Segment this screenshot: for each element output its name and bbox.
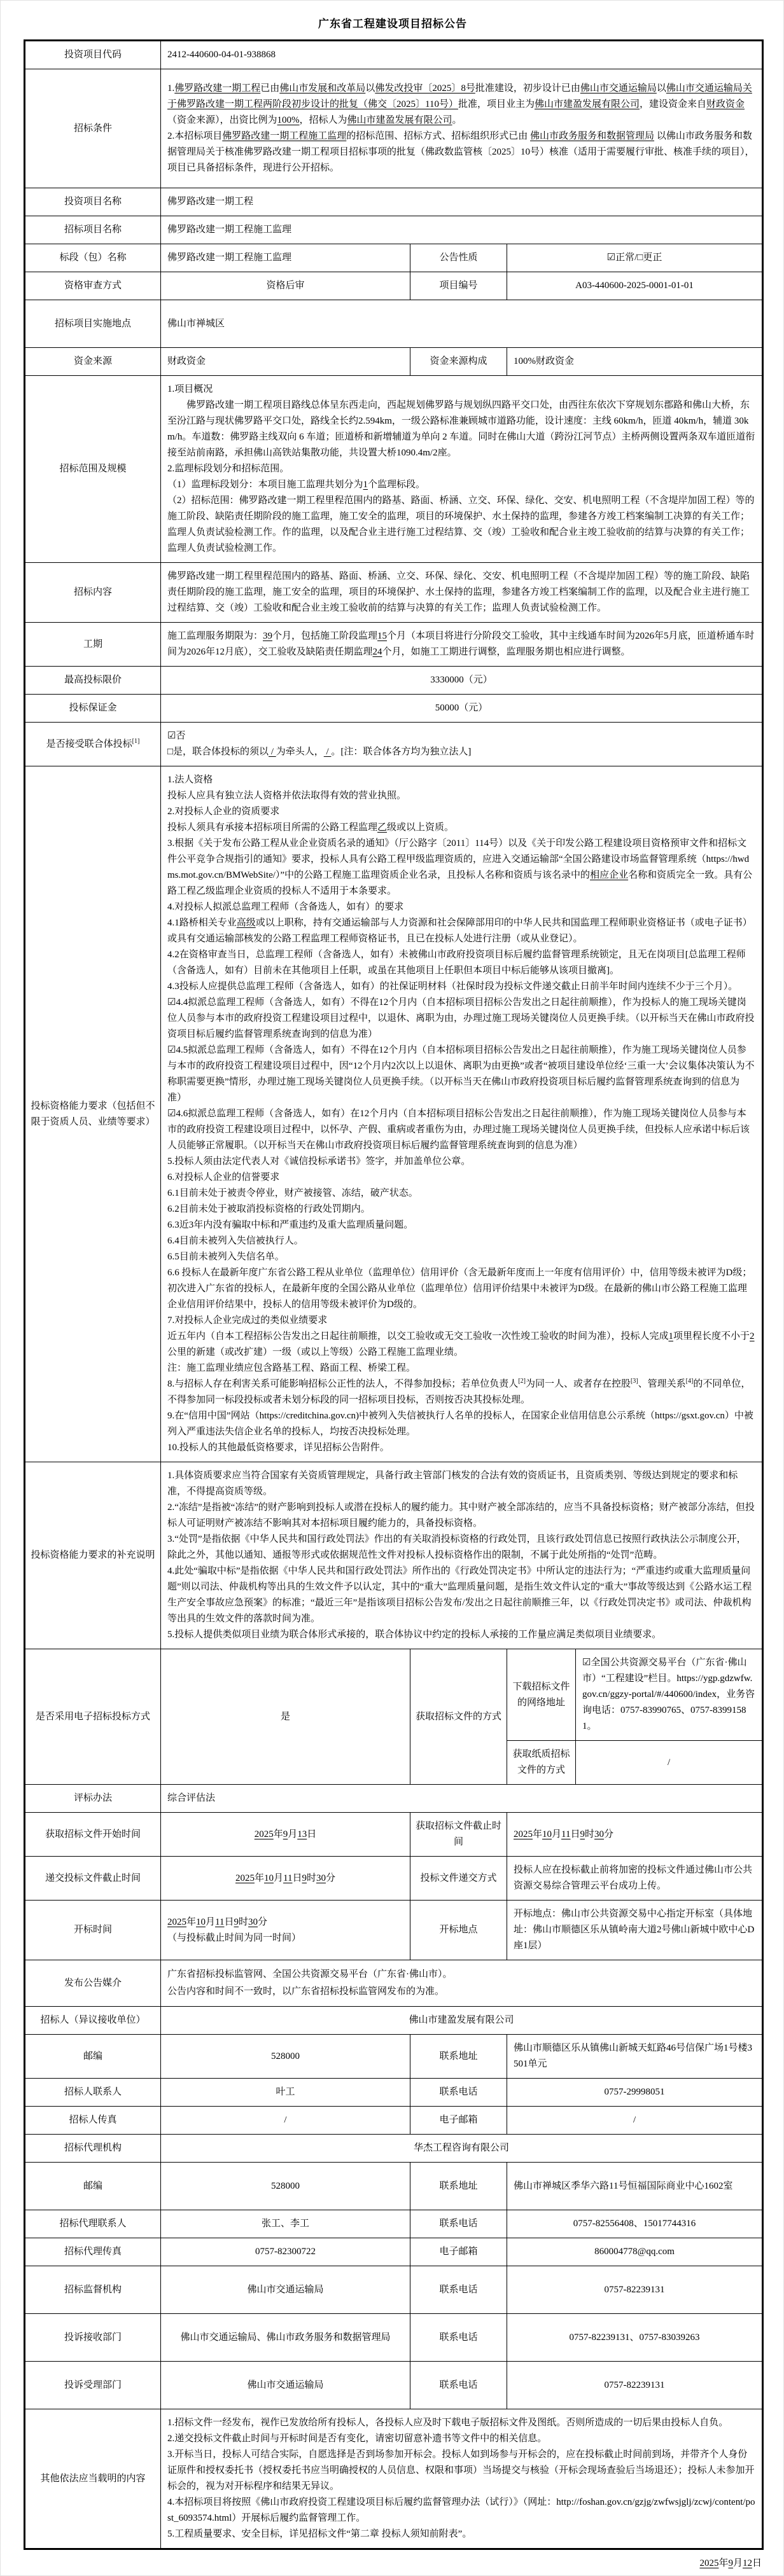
table-row: 招标代理机构 华杰工程咨询有限公司 xyxy=(25,2135,763,2163)
table-row: 招标人（异议接收单位） 佛山市建盈发展有限公司 xyxy=(25,2007,763,2035)
project-code-value: 2412-440600-04-01-938868 xyxy=(161,41,763,69)
funds-label: 资金来源 xyxy=(25,348,161,376)
bid-content-label: 招标内容 xyxy=(25,563,161,623)
agency-fax-value: 0757-82300722 xyxy=(161,2238,410,2266)
bid-bond-value: 50000（元） xyxy=(161,695,763,723)
consortium-value: ☑否□是，联合体投标的须以 / 为牵头人， / 。[注：联合体各方均为独立法人] xyxy=(161,723,763,766)
table-row: 是否接受联合体投标[1] ☑否□是，联合体投标的须以 / 为牵头人， / 。[注… xyxy=(25,723,763,766)
table-row: 递交投标文件截止时间 2025年10月11日9时30分 投标文件递交方式 投标人… xyxy=(25,1857,763,1901)
tenderer-postcode-value: 528000 xyxy=(161,2035,410,2079)
supervisor-phone-value: 0757-82239131 xyxy=(507,2266,763,2314)
agency-value: 华杰工程咨询有限公司 xyxy=(161,2135,763,2163)
bid-content-value: 佛罗路改建一期工程里程范围内的路基、路面、桥涵、立交、环保、绿化、交安、机电照明… xyxy=(161,563,763,623)
table-row: 招标项目实施地点 佛山市禅城区 xyxy=(25,300,763,348)
table-row: 发布公告媒介 广东省招标投标监管网、全国公共资源交易平台（广东省·佛山市）。公告… xyxy=(25,1960,763,2007)
other-content-value: 1.招标文件一经发布，视作已发放给所有投标人，各投标人应及时下载电子版招标文件及… xyxy=(161,2409,763,2549)
table-row: 招标人传真 / 电子邮箱 / xyxy=(25,2107,763,2135)
complaint-receive-phone-label: 联系电话 xyxy=(410,2314,507,2362)
complaint-handle-label: 投诉受理部门 xyxy=(25,2362,161,2409)
table-row: 招标代理联系人 张工、李工 联系电话 0757-82556408、1501774… xyxy=(25,2210,763,2238)
table-row: 邮编 528000 联系地址 佛山市顺德区乐从镇佛山新城天虹路46号信保广场1号… xyxy=(25,2035,763,2079)
opening-place-label: 开标地点 xyxy=(410,1901,507,1960)
funds-value: 财政资金 xyxy=(161,348,410,376)
agency-contact-label: 招标代理联系人 xyxy=(25,2210,161,2238)
announcement-table: 投资项目代码 2412-440600-04-01-938868 招标条件 1.佛… xyxy=(24,39,764,2550)
bid-conditions-value: 1.佛罗路改建一期工程已由佛山市发展和改革局以佛发改投审〔2025〕8号批准建设… xyxy=(161,69,763,188)
notice-nature-value: ☑正常/□更正 xyxy=(507,244,763,272)
scope-value: 1.项目概况 佛罗路改建一期工程项目路线总体呈东西走向，西起规划佛罗路与规划纵四… xyxy=(161,376,763,563)
agency-address-value: 佛山市禅城区季华六路11号恒福国际商业中心1602室 xyxy=(507,2163,763,2210)
other-content-label: 其他依法应当载明的内容 xyxy=(25,2409,161,2549)
supervisor-phone-label: 联系电话 xyxy=(410,2266,507,2314)
tenderer-phone-label: 联系电话 xyxy=(410,2079,507,2107)
tenderer-address-label: 联系地址 xyxy=(410,2035,507,2079)
media-value: 广东省招标投标监管网、全国公共资源交易平台（广东省·佛山市）。公告内容和时间不一… xyxy=(161,1960,763,2007)
opening-time-label: 开标时间 xyxy=(25,1901,161,1960)
bid-bond-label: 投标保证金 xyxy=(25,695,161,723)
tenderer-label: 招标人（异议接收单位） xyxy=(25,2007,161,2035)
evaluation-label: 评标办法 xyxy=(25,1785,161,1813)
tenderer-contact-label: 招标人联系人 xyxy=(25,2079,161,2107)
complaint-handle-phone-value: 0757-82239131 xyxy=(507,2362,763,2409)
bid-conditions-label: 招标条件 xyxy=(25,69,161,188)
table-row: 招标项目名称 佛罗路改建一期工程施工监理 xyxy=(25,216,763,244)
evaluation-value: 综合评估法 xyxy=(161,1785,763,1813)
agency-label: 招标代理机构 xyxy=(25,2135,161,2163)
location-label: 招标项目实施地点 xyxy=(25,300,161,348)
table-row: 开标时间 2025年10月11日9时30分（与投标截止时间为同一时间） 开标地点… xyxy=(25,1901,763,1960)
qualification-req-label: 投标资格能力要求（包括但不限于资质人员、业绩等要求） xyxy=(25,766,161,1462)
submit-method-value: 投标人应在投标截止前将加密的投标文件通过佛山市公共资源交易综合管理云平台成功上传… xyxy=(507,1857,763,1901)
table-row: 评标办法 综合评估法 xyxy=(25,1785,763,1813)
agency-phone-label: 联系电话 xyxy=(410,2210,507,2238)
complaint-receive-label: 投诉接收部门 xyxy=(25,2314,161,2362)
doc-start-value: 2025年9月13日 xyxy=(161,1813,410,1857)
tenderer-contact-value: 叶工 xyxy=(161,2079,410,2107)
max-price-value: 3330000（元） xyxy=(161,667,763,695)
table-row: 投诉受理部门 佛山市交通运输局 联系电话 0757-82239131 xyxy=(25,2362,763,2409)
supplement-label: 投标资格能力要求的补充说明 xyxy=(25,1462,161,1649)
doc-deadline-label: 获取招标文件截止时间 xyxy=(410,1813,507,1857)
table-row: 投标资格能力要求的补充说明 1.具体资质要求应当符合国家有关资质管理规定，具备行… xyxy=(25,1462,763,1649)
submit-deadline-label: 递交投标文件截止时间 xyxy=(25,1857,161,1901)
agency-email-label: 电子邮箱 xyxy=(410,2238,507,2266)
complaint-receive-value: 佛山市交通运输局、佛山市政务服务和数据管理局 xyxy=(161,2314,410,2362)
location-value: 佛山市禅城区 xyxy=(161,300,763,348)
agency-fax-label: 招标代理传真 xyxy=(25,2238,161,2266)
qualification-check-label: 资格审查方式 xyxy=(25,272,161,300)
table-row: 招标监督机构 佛山市交通运输局 联系电话 0757-82239131 xyxy=(25,2266,763,2314)
page-title: 广东省工程建设项目招标公告 xyxy=(24,15,762,31)
qualification-check-value: 资格后审 xyxy=(161,272,410,300)
paper-doc-value: / xyxy=(576,1741,763,1785)
table-row: 招标条件 1.佛罗路改建一期工程已由佛山市发展和改革局以佛发改投审〔2025〕8… xyxy=(25,69,763,188)
agency-email-value: 860004778@qq.com xyxy=(507,2238,763,2266)
table-row: 其他依法应当载明的内容 1.招标文件一经发布，视作已发放给所有投标人，各投标人应… xyxy=(25,2409,763,2549)
project-number-value: A03-440600-2025-0001-01-01 xyxy=(507,272,763,300)
submit-method-label: 投标文件递交方式 xyxy=(410,1857,507,1901)
scope-label: 招标范围及规模 xyxy=(25,376,161,563)
table-row: 是否采用电子招标投标方式 是 获取招标文件的方式 下载招标文件的网络地址 ☑全国… xyxy=(25,1649,763,1741)
electronic-value: 是 xyxy=(161,1649,410,1785)
qualification-req-value: 1.法人资格投标人应具有独立法人资格并依法取得有效的营业执照。2.对投标人企业的… xyxy=(161,766,763,1462)
electronic-label: 是否采用电子招标投标方式 xyxy=(25,1649,161,1785)
table-row: 投资项目名称 佛罗路改建一期工程 xyxy=(25,188,763,216)
doc-method-label: 获取招标文件的方式 xyxy=(410,1649,507,1785)
table-row: 投诉接收部门 佛山市交通运输局、佛山市政务服务和数据管理局 联系电话 0757-… xyxy=(25,2314,763,2362)
complaint-handle-phone-label: 联系电话 xyxy=(410,2362,507,2409)
tenderer-address-value: 佛山市顺德区乐从镇佛山新城天虹路46号信保广场1号楼3501单元 xyxy=(507,2035,763,2079)
agency-postcode-value: 528000 xyxy=(161,2163,410,2210)
section-name-label: 标段（包）名称 xyxy=(25,244,161,272)
tender-name-value: 佛罗路改建一期工程施工监理 xyxy=(161,216,763,244)
doc-start-label: 获取招标文件开始时间 xyxy=(25,1813,161,1857)
funds-composition-label: 资金来源构成 xyxy=(410,348,507,376)
consortium-label: 是否接受联合体投标[1] xyxy=(25,723,161,766)
agency-address-label: 联系地址 xyxy=(410,2163,507,2210)
project-code-label: 投资项目代码 xyxy=(25,41,161,69)
table-row: 工期 施工监理服务期限为：39个月，包括施工阶段监理15个月（本项目将进行分阶段… xyxy=(25,623,763,667)
table-row: 投标保证金 50000（元） xyxy=(25,695,763,723)
table-row: 资格审查方式 资格后审 项目编号 A03-440600-2025-0001-01… xyxy=(25,272,763,300)
doc-deadline-value: 2025年10月11日9时30分 xyxy=(507,1813,763,1857)
opening-time-value: 2025年10月11日9时30分（与投标截止时间为同一时间） xyxy=(161,1901,410,1960)
tenderer-value: 佛山市建盈发展有限公司 xyxy=(161,2007,763,2035)
tenderer-fax-label: 招标人传真 xyxy=(25,2107,161,2135)
project-number-label: 项目编号 xyxy=(410,272,507,300)
table-row: 投资项目代码 2412-440600-04-01-938868 xyxy=(25,41,763,69)
invest-name-value: 佛罗路改建一期工程 xyxy=(161,188,763,216)
opening-place-value: 开标地点：佛山市公共资源交易中心指定开标室（具体地址：佛山市顺德区乐从镇岭南大道… xyxy=(507,1901,763,1960)
download-address-label: 下载招标文件的网络地址 xyxy=(507,1649,576,1741)
tenderer-postcode-label: 邮编 xyxy=(25,2035,161,2079)
paper-doc-label: 获取纸质招标文件的方式 xyxy=(507,1741,576,1785)
section-name-value: 佛罗路改建一期工程施工监理 xyxy=(161,244,410,272)
tenderer-email-value: / xyxy=(507,2107,763,2135)
table-row: 投标资格能力要求（包括但不限于资质人员、业绩等要求） 1.法人资格投标人应具有独… xyxy=(25,766,763,1462)
table-row: 招标内容 佛罗路改建一期工程里程范围内的路基、路面、桥涵、立交、环保、绿化、交安… xyxy=(25,563,763,623)
media-label: 发布公告媒介 xyxy=(25,1960,161,2007)
supervisor-value: 佛山市交通运输局 xyxy=(161,2266,410,2314)
agency-phone-value: 0757-82556408、15017744316 xyxy=(507,2210,763,2238)
table-row: 最高投标限价 3330000（元） xyxy=(25,667,763,695)
max-price-label: 最高投标限价 xyxy=(25,667,161,695)
submit-deadline-value: 2025年10月11日9时30分 xyxy=(161,1857,410,1901)
tenderer-fax-value: / xyxy=(161,2107,410,2135)
announcement-sheet: 广东省工程建设项目招标公告 投资项目代码 2412-440600-04-01-9… xyxy=(0,0,784,2576)
table-row: 邮编 528000 联系地址 佛山市禅城区季华六路11号恒福国际商业中心1602… xyxy=(25,2163,763,2210)
download-address-value: ☑全国公共资源交易平台（广东省·佛山市）“工程建设”栏目。https://ygp… xyxy=(576,1649,763,1741)
table-row: 标段（包）名称 佛罗路改建一期工程施工监理 公告性质 ☑正常/□更正 xyxy=(25,244,763,272)
complaint-handle-value: 佛山市交通运输局 xyxy=(161,2362,410,2409)
notice-nature-label: 公告性质 xyxy=(410,244,507,272)
agency-contact-value: 张工、李工 xyxy=(161,2210,410,2238)
funds-composition-value: 100%财政资金 xyxy=(507,348,763,376)
table-row: 资金来源 财政资金 资金来源构成 100%财政资金 xyxy=(25,348,763,376)
supervisor-label: 招标监督机构 xyxy=(25,2266,161,2314)
table-row: 招标代理传真 0757-82300722 电子邮箱 860004778@qq.c… xyxy=(25,2238,763,2266)
table-row: 获取招标文件开始时间 2025年9月13日 获取招标文件截止时间 2025年10… xyxy=(25,1813,763,1857)
tenderer-email-label: 电子邮箱 xyxy=(410,2107,507,2135)
announcement-date: 2025年9月12日 xyxy=(24,2556,763,2569)
agency-postcode-label: 邮编 xyxy=(25,2163,161,2210)
complaint-receive-phone-value: 0757-82239131、0757-83039263 xyxy=(507,2314,763,2362)
tender-name-label: 招标项目名称 xyxy=(25,216,161,244)
duration-value: 施工监理服务期限为：39个月，包括施工阶段监理15个月（本项目将进行分阶段交工验… xyxy=(161,623,763,667)
table-row: 招标人联系人 叶工 联系电话 0757-29998051 xyxy=(25,2079,763,2107)
duration-label: 工期 xyxy=(25,623,161,667)
supplement-value: 1.具体资质要求应当符合国家有关资质管理规定，具备行政主管部门核发的合法有效的资… xyxy=(161,1462,763,1649)
table-row: 招标范围及规模 1.项目概况 佛罗路改建一期工程项目路线总体呈东西走向，西起规划… xyxy=(25,376,763,563)
tenderer-phone-value: 0757-29998051 xyxy=(507,2079,763,2107)
invest-name-label: 投资项目名称 xyxy=(25,188,161,216)
